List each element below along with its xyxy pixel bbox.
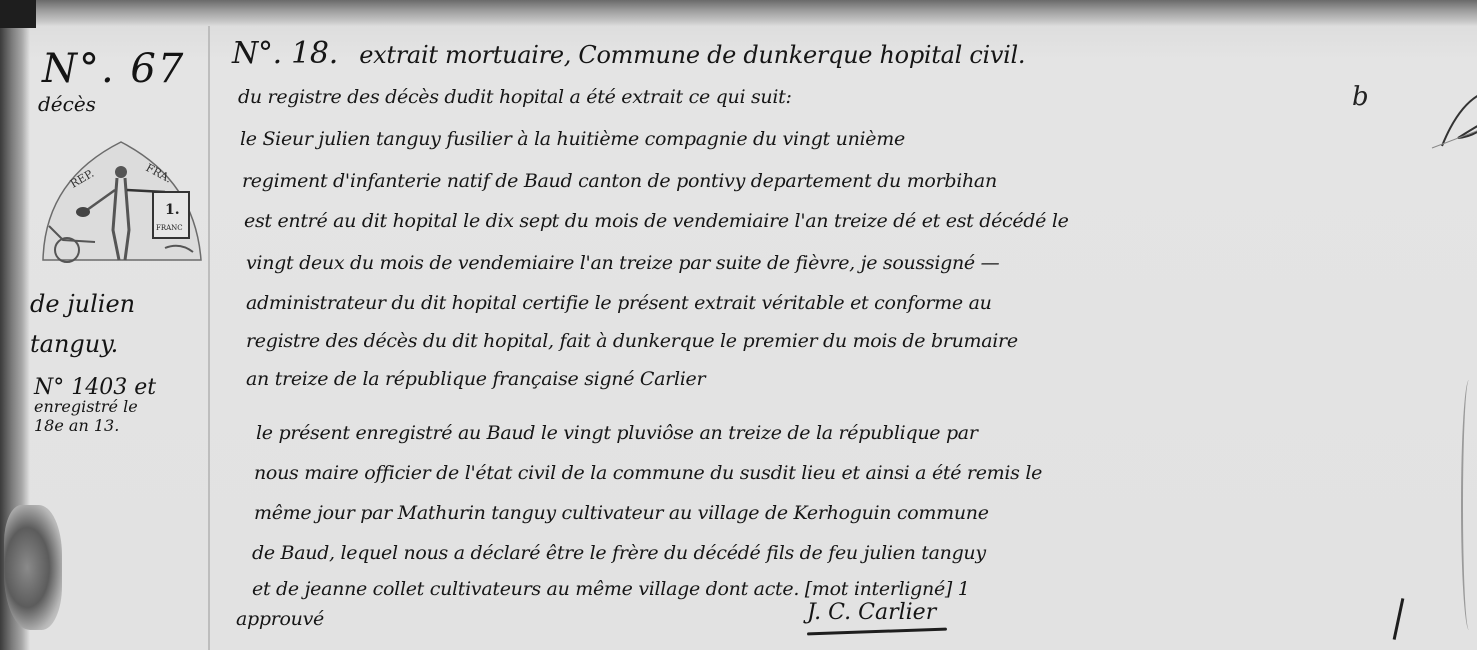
margin-divider [208, 26, 210, 650]
record-line: administrateur du dit hopital certifie l… [246, 292, 992, 314]
document-scan: N°. 67 décès REP. FRA. 1. FRANC [0, 0, 1477, 650]
margin-name-line: de julien [30, 284, 205, 324]
record-line: regiment d'infanterie natif de Baud cant… [242, 170, 997, 192]
record-line: même jour par Mathurin tanguy cultivateu… [254, 502, 989, 524]
margin-reg-line: 18e an 13. [34, 416, 209, 435]
stamp-value: 1. [165, 202, 180, 218]
margin-registration-note: N° 1403 et enregistré le 18e an 13. [34, 378, 209, 435]
approval-stroke [1393, 598, 1405, 640]
page-top-edge [0, 0, 1477, 26]
record-line: nous maire officier de l'état civil de l… [254, 462, 1042, 484]
record-heading: N°. 18. extrait mortuaire, Commune de du… [232, 36, 1025, 71]
record-line: registre des décès du dit hopital, fait … [246, 330, 1018, 352]
margin-deceased-name: de julien tanguy. [30, 284, 205, 364]
record-heading-text: extrait mortuaire, Commune de dunkerque … [359, 41, 1025, 69]
paper-damage [4, 505, 62, 630]
signature-underline [807, 628, 947, 636]
record-line: est entré au dit hopital le dix sept du … [244, 210, 1069, 232]
stamp-unit: FRANC [156, 224, 183, 232]
record-heading-number: N°. 18. [232, 36, 338, 71]
margin-record-type: décès [38, 92, 96, 116]
tax-stamp-icon: REP. FRA. 1. FRANC [35, 130, 207, 272]
record-line: approuvé [236, 608, 324, 630]
record-line: de Baud, lequel nous a déclaré être le f… [252, 542, 986, 564]
paraphe-initial: b [1352, 82, 1369, 112]
record-line: le présent enregistré au Baud le vingt p… [256, 422, 978, 444]
margin-reg-line: enregistré le [34, 397, 209, 416]
page-curl [1461, 380, 1477, 630]
paraphe-flourish-icon [1422, 76, 1477, 156]
officer-signature: J. C. Carlier [807, 600, 936, 625]
margin-name-line: tanguy. [30, 324, 205, 364]
margin-record-number: N°. 67 [42, 46, 185, 92]
record-line: du registre des décès dudit hopital a ét… [238, 86, 792, 108]
record-line: le Sieur julien tanguy fusilier à la hui… [240, 128, 905, 150]
record-line: an treize de la république française sig… [246, 368, 705, 390]
margin-reg-line: N° 1403 et [34, 378, 209, 397]
binding-corner [0, 0, 36, 28]
record-line: et de jeanne collet cultivateurs au même… [252, 578, 970, 600]
record-line: vingt deux du mois de vendemiaire l'an t… [246, 252, 999, 274]
